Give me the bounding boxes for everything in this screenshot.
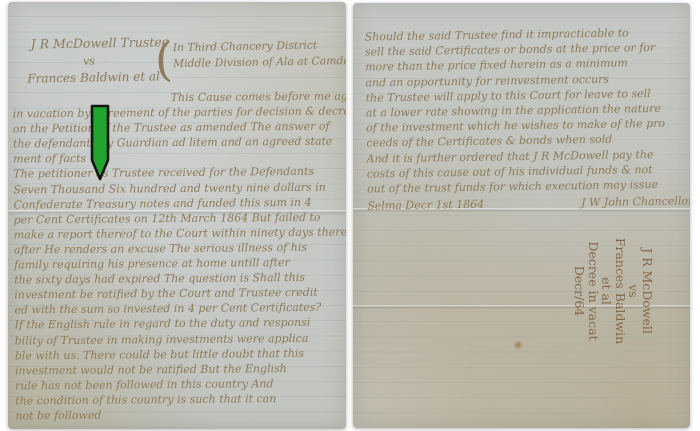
right-page: Should the said Trustee find it impracti…	[353, 3, 690, 428]
docket-line: J R McDowell	[641, 216, 655, 366]
plaintiff-name: J R McDowell Trustee	[31, 34, 170, 51]
court-name: In Third Chancery District Middle Divisi…	[173, 37, 346, 72]
docket-line: et al	[600, 216, 614, 366]
court-line: Middle Division of Ala at Camden	[173, 53, 346, 72]
chancellor-signature: J W John Chancellor	[581, 194, 690, 212]
docket-line: Decr/64	[573, 216, 587, 366]
green-marker-icon[interactable]	[90, 104, 110, 182]
right-page-paragraph: Should the said Trustee find it impracti…	[365, 24, 689, 151]
manuscript-scan: J R McDowell Trustee vs Frances Baldwin …	[0, 0, 700, 431]
right-page-body: Should the said Trustee find it impracti…	[365, 24, 690, 214]
docket-line: Decree in vacat	[587, 216, 601, 366]
manuscript-line: ble with us. There could be but little d…	[15, 345, 345, 363]
order-paragraph: And it is further ordered that J R McDow…	[366, 146, 689, 197]
manuscript-line: after He renders an excuse The serious i…	[14, 239, 344, 257]
manuscript-line: not be followed	[15, 406, 345, 424]
case-header: J R McDowell Trustee vs Frances Baldwin …	[8, 2, 346, 5]
docket-line: Frances Baldwin	[614, 216, 628, 366]
dateline: Selma Decr 1st 1864	[367, 197, 484, 215]
docket-label: J R McDowellvsFrances Baldwinet alDecree…	[570, 216, 654, 366]
left-page: J R McDowell Trustee vs Frances Baldwin …	[8, 2, 346, 429]
docket-line: vs	[627, 216, 641, 366]
bracket-glyph: (	[155, 34, 174, 84]
defendant-name: Frances Baldwin et al	[27, 69, 160, 85]
versus-label: vs	[83, 54, 95, 67]
date-signature-row: Selma Decr 1st 1864 J W John Chancellor	[367, 194, 689, 215]
left-page-body: This Cause comes before me againin vacat…	[13, 89, 346, 424]
